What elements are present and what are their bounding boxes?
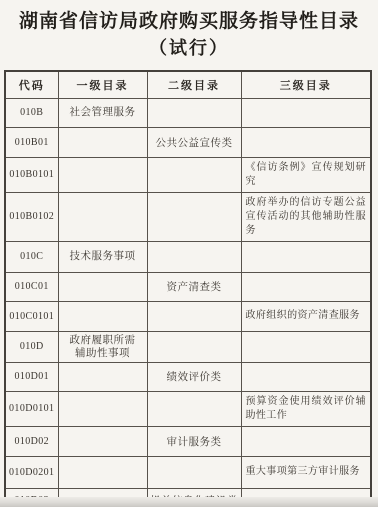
table-row: 010B0102政府举办的信访专题公益宣传活动的其他辅助性服务 [5, 192, 371, 241]
cell-level2 [147, 391, 241, 426]
cell-level3 [241, 426, 371, 456]
cell-code: 010B [5, 98, 58, 127]
table-row: 010B0101《信访条例》宣传规划研究 [5, 157, 371, 192]
cell-level2 [147, 241, 241, 272]
cell-level1 [58, 127, 147, 157]
cell-level1 [58, 272, 147, 301]
cell-level2: 资产清查类 [147, 272, 241, 301]
table-row: 010C01资产清查类 [5, 272, 371, 301]
cell-code: 010D01 [5, 362, 58, 391]
table-row: 010D01绩效评价类 [5, 362, 371, 391]
catalog-table-body: 010B社会管理服务010B01公共公益宣传类010B0101《信访条例》宣传规… [5, 98, 371, 507]
cell-level3 [241, 272, 371, 301]
document-title: 湖南省信访局政府购买服务指导性目录 [0, 6, 378, 33]
cell-level1 [58, 362, 147, 391]
cell-level2 [147, 331, 241, 362]
cell-level2: 绩效评价类 [147, 362, 241, 391]
cell-level3 [241, 98, 371, 127]
table-row: 010C0101政府组织的资产清查服务 [5, 301, 371, 331]
cell-code: 010D [5, 331, 58, 362]
cell-code: 010B01 [5, 127, 58, 157]
cell-level3: 《信访条例》宣传规划研究 [241, 157, 371, 192]
cell-level3 [241, 127, 371, 157]
cell-level2: 审计服务类 [147, 426, 241, 456]
table-row: 010B01公共公益宣传类 [5, 127, 371, 157]
cell-level3: 政府举办的信访专题公益宣传活动的其他辅助性服务 [241, 192, 371, 241]
column-header-level2: 二级目录 [147, 71, 241, 98]
catalog-table: 代码 一级目录 二级目录 三级目录 010B社会管理服务010B01公共公益宣传… [4, 70, 372, 507]
cell-level2 [147, 157, 241, 192]
cell-level1: 技术服务事项 [58, 241, 147, 272]
cell-level2 [147, 456, 241, 488]
cell-code: 010D0101 [5, 391, 58, 426]
table-row: 010D政府履职所需辅助性事项 [5, 331, 371, 362]
cell-level2 [147, 192, 241, 241]
cell-level2: 公共公益宣传类 [147, 127, 241, 157]
cell-level1: 政府履职所需辅助性事项 [58, 331, 147, 362]
cell-level1 [58, 456, 147, 488]
document-subtitle: （试行） [0, 34, 378, 60]
cell-code: 010C01 [5, 272, 58, 301]
cell-level3: 政府组织的资产清查服务 [241, 301, 371, 331]
cell-code: 010D02 [5, 426, 58, 456]
cell-level2 [147, 301, 241, 331]
table-row: 010D0201重大事项第三方审计服务 [5, 456, 371, 488]
cell-level1: 社会管理服务 [58, 98, 147, 127]
cell-level3: 预算资金使用绩效评价辅助性工作 [241, 391, 371, 426]
cell-level1 [58, 157, 147, 192]
column-header-level1: 一级目录 [58, 71, 147, 98]
table-row: 010D0101预算资金使用绩效评价辅助性工作 [5, 391, 371, 426]
cell-code: 010C [5, 241, 58, 272]
cell-level2 [147, 98, 241, 127]
table-row: 010D02审计服务类 [5, 426, 371, 456]
cell-level3: 重大事项第三方审计服务 [241, 456, 371, 488]
cell-code: 010B0101 [5, 157, 58, 192]
header-row: 代码 一级目录 二级目录 三级目录 [5, 71, 371, 98]
catalog-table-header: 代码 一级目录 二级目录 三级目录 [5, 71, 371, 98]
cell-code: 010B0102 [5, 192, 58, 241]
column-header-level3: 三级目录 [241, 71, 371, 98]
table-row: 010B社会管理服务 [5, 98, 371, 127]
cell-level1 [58, 192, 147, 241]
cell-level1 [58, 301, 147, 331]
cell-level1 [58, 426, 147, 456]
cell-code: 010C0101 [5, 301, 58, 331]
scan-edge-shadow [0, 497, 378, 507]
cell-level3 [241, 362, 371, 391]
cell-level1 [58, 391, 147, 426]
cell-level3 [241, 331, 371, 362]
cell-code: 010D0201 [5, 456, 58, 488]
cell-level3 [241, 241, 371, 272]
table-row: 010C技术服务事项 [5, 241, 371, 272]
column-header-code: 代码 [5, 71, 58, 98]
